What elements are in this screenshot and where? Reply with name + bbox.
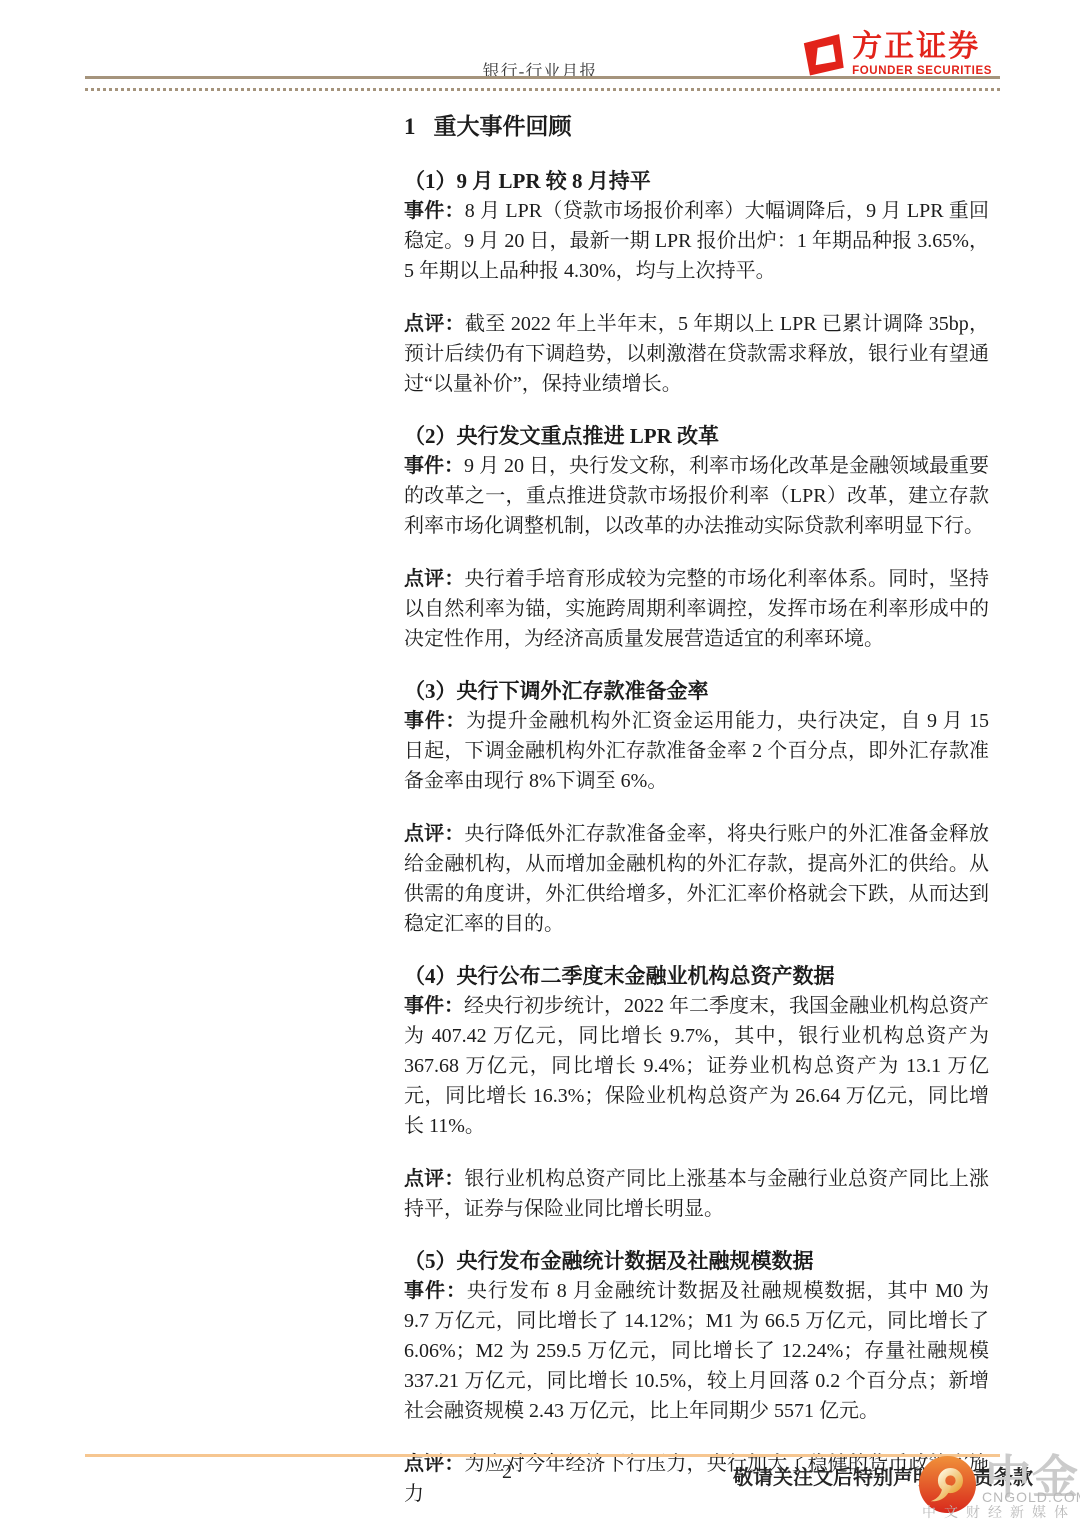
comment-label: 点评： (404, 313, 465, 335)
section-title: 1 重大事件回顾 (404, 110, 989, 144)
event-label: 事件： (404, 995, 464, 1017)
report-body: 1 重大事件回顾 （1）9 月 LPR 较 8 月持平 事件：8 月 LPR（贷… (404, 110, 989, 1509)
brand-logo: 方正证券 FOUNDER SECURITIES (800, 30, 992, 78)
item-1-comment: 点评：截至 2022 年上半年末，5 年期以上 LPR 已累计调降 35bp，预… (404, 309, 989, 399)
item-1-heading: （1）9 月 LPR 较 8 月持平 (404, 166, 989, 196)
item-1-event-text: 8 月 LPR（贷款市场报价利率）大幅调降后，9 月 LPR 重回稳定。9 月 … (404, 200, 989, 282)
founder-cube-icon (800, 30, 846, 78)
item-1-comment-text: 截至 2022 年上半年末，5 年期以上 LPR 已累计调降 35bp，预计后续… (404, 313, 989, 395)
footer-rule (85, 1454, 1000, 1457)
item-3-event-text: 为提升金融机构外汇资金运用能力，央行决定，自 9 月 15 日起，下调金融机构外… (404, 710, 989, 792)
item-4-event-text: 经央行初步统计，2022 年二季度末，我国金融业机构总资产为 407.42 万亿… (404, 995, 989, 1137)
item-2-heading: （2）央行发文重点推进 LPR 改革 (404, 421, 989, 451)
event-label: 事件： (404, 455, 464, 477)
item-5-event: 事件：央行发布 8 月金融统计数据及社融规模数据，其中 M0 为 9.7 万亿元… (404, 1276, 989, 1426)
footer-disclaimer: 敬请关注文后特别声明与免责条款 (733, 1461, 1033, 1490)
comment-label: 点评： (404, 823, 465, 845)
item-4-heading: （4）央行公布二季度末金融业机构总资产数据 (404, 961, 989, 991)
comment-label: 点评： (404, 1168, 465, 1190)
item-4-comment-text: 银行业机构总资产同比上涨基本与金融行业总资产同比上涨持平，证券与保险业同比增长明… (404, 1168, 989, 1220)
item-3-comment-text: 央行降低外汇存款准备金率，将央行账户的外汇准备金释放给金融机构，从而增加金融机构… (404, 823, 989, 935)
item-1-event: 事件：8 月 LPR（贷款市场报价利率）大幅调降后，9 月 LPR 重回稳定。9… (404, 196, 989, 286)
item-5-heading: （5）央行发布金融统计数据及社融规模数据 (404, 1246, 989, 1276)
item-2-comment: 点评：央行着手培育形成较为完整的市场化利率体系。同时，坚持以自然利率为锚，实施跨… (404, 564, 989, 654)
item-3-event: 事件：为提升金融机构外汇资金运用能力，央行决定，自 9 月 15 日起，下调金融… (404, 706, 989, 796)
header-rule-dotted (85, 88, 1000, 91)
comment-label: 点评： (404, 568, 465, 590)
header-rule-solid (85, 76, 1000, 79)
item-2-event: 事件：9 月 20 日，央行发文称，利率市场化改革是金融领域最重要的改革之一，重… (404, 451, 989, 541)
item-3-heading: （3）央行下调外汇存款准备金率 (404, 676, 989, 706)
item-3-comment: 点评：央行降低外汇存款准备金率，将央行账户的外汇准备金释放给金融机构，从而增加金… (404, 819, 989, 939)
section-number: 1 (404, 110, 416, 144)
event-label: 事件： (404, 710, 466, 732)
item-4-comment: 点评：银行业机构总资产同比上涨基本与金融行业总资产同比上涨持平，证券与保险业同比… (404, 1164, 989, 1224)
item-5-event-text: 央行发布 8 月金融统计数据及社融规模数据，其中 M0 为 9.7 万亿元，同比… (404, 1280, 989, 1422)
event-label: 事件： (404, 200, 465, 222)
item-4-event: 事件：经央行初步统计，2022 年二季度末，我国金融业机构总资产为 407.42… (404, 991, 989, 1141)
item-2-event-text: 9 月 20 日，央行发文称，利率市场化改革是金融领域最重要的改革之一，重点推进… (404, 455, 989, 537)
event-label: 事件： (404, 1280, 467, 1302)
cngold-domain: CNGOLD.COM.CN (982, 1489, 1080, 1505)
brand-name-cn: 方正证券 (852, 32, 980, 62)
page-number: 2 (502, 1461, 512, 1484)
item-2-comment-text: 央行着手培育形成较为完整的市场化利率体系。同时，坚持以自然利率为锚，实施跨周期利… (404, 568, 989, 650)
section-title-text: 重大事件回顾 (434, 110, 572, 144)
